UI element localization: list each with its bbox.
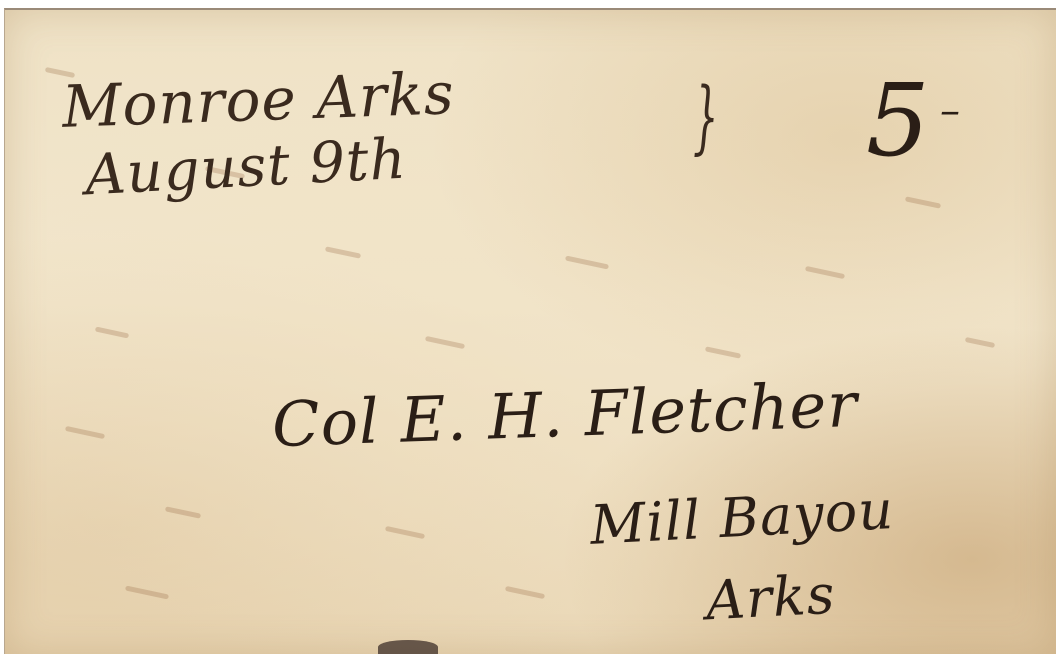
bleed-through-stroke xyxy=(65,426,105,439)
bleed-through-stroke xyxy=(325,246,361,258)
postmark-bracket: } xyxy=(693,70,719,163)
wax-seal-remnant xyxy=(378,640,438,654)
bleed-through-stroke xyxy=(505,586,545,599)
bleed-through-stroke xyxy=(565,255,609,269)
bleed-through-stroke xyxy=(805,266,845,279)
bleed-through-stroke xyxy=(425,336,465,349)
rate-dash: – xyxy=(940,88,961,134)
rate-mark: 5 xyxy=(866,62,931,179)
bleed-through-stroke xyxy=(965,337,995,348)
bleed-through-stroke xyxy=(165,506,201,518)
bleed-through-stroke xyxy=(905,196,941,208)
address-state: Arks xyxy=(704,563,836,633)
bleed-through-stroke xyxy=(705,346,741,358)
bleed-through-stroke xyxy=(125,585,169,599)
bleed-through-stroke xyxy=(95,327,129,339)
bleed-through-stroke xyxy=(385,526,425,539)
